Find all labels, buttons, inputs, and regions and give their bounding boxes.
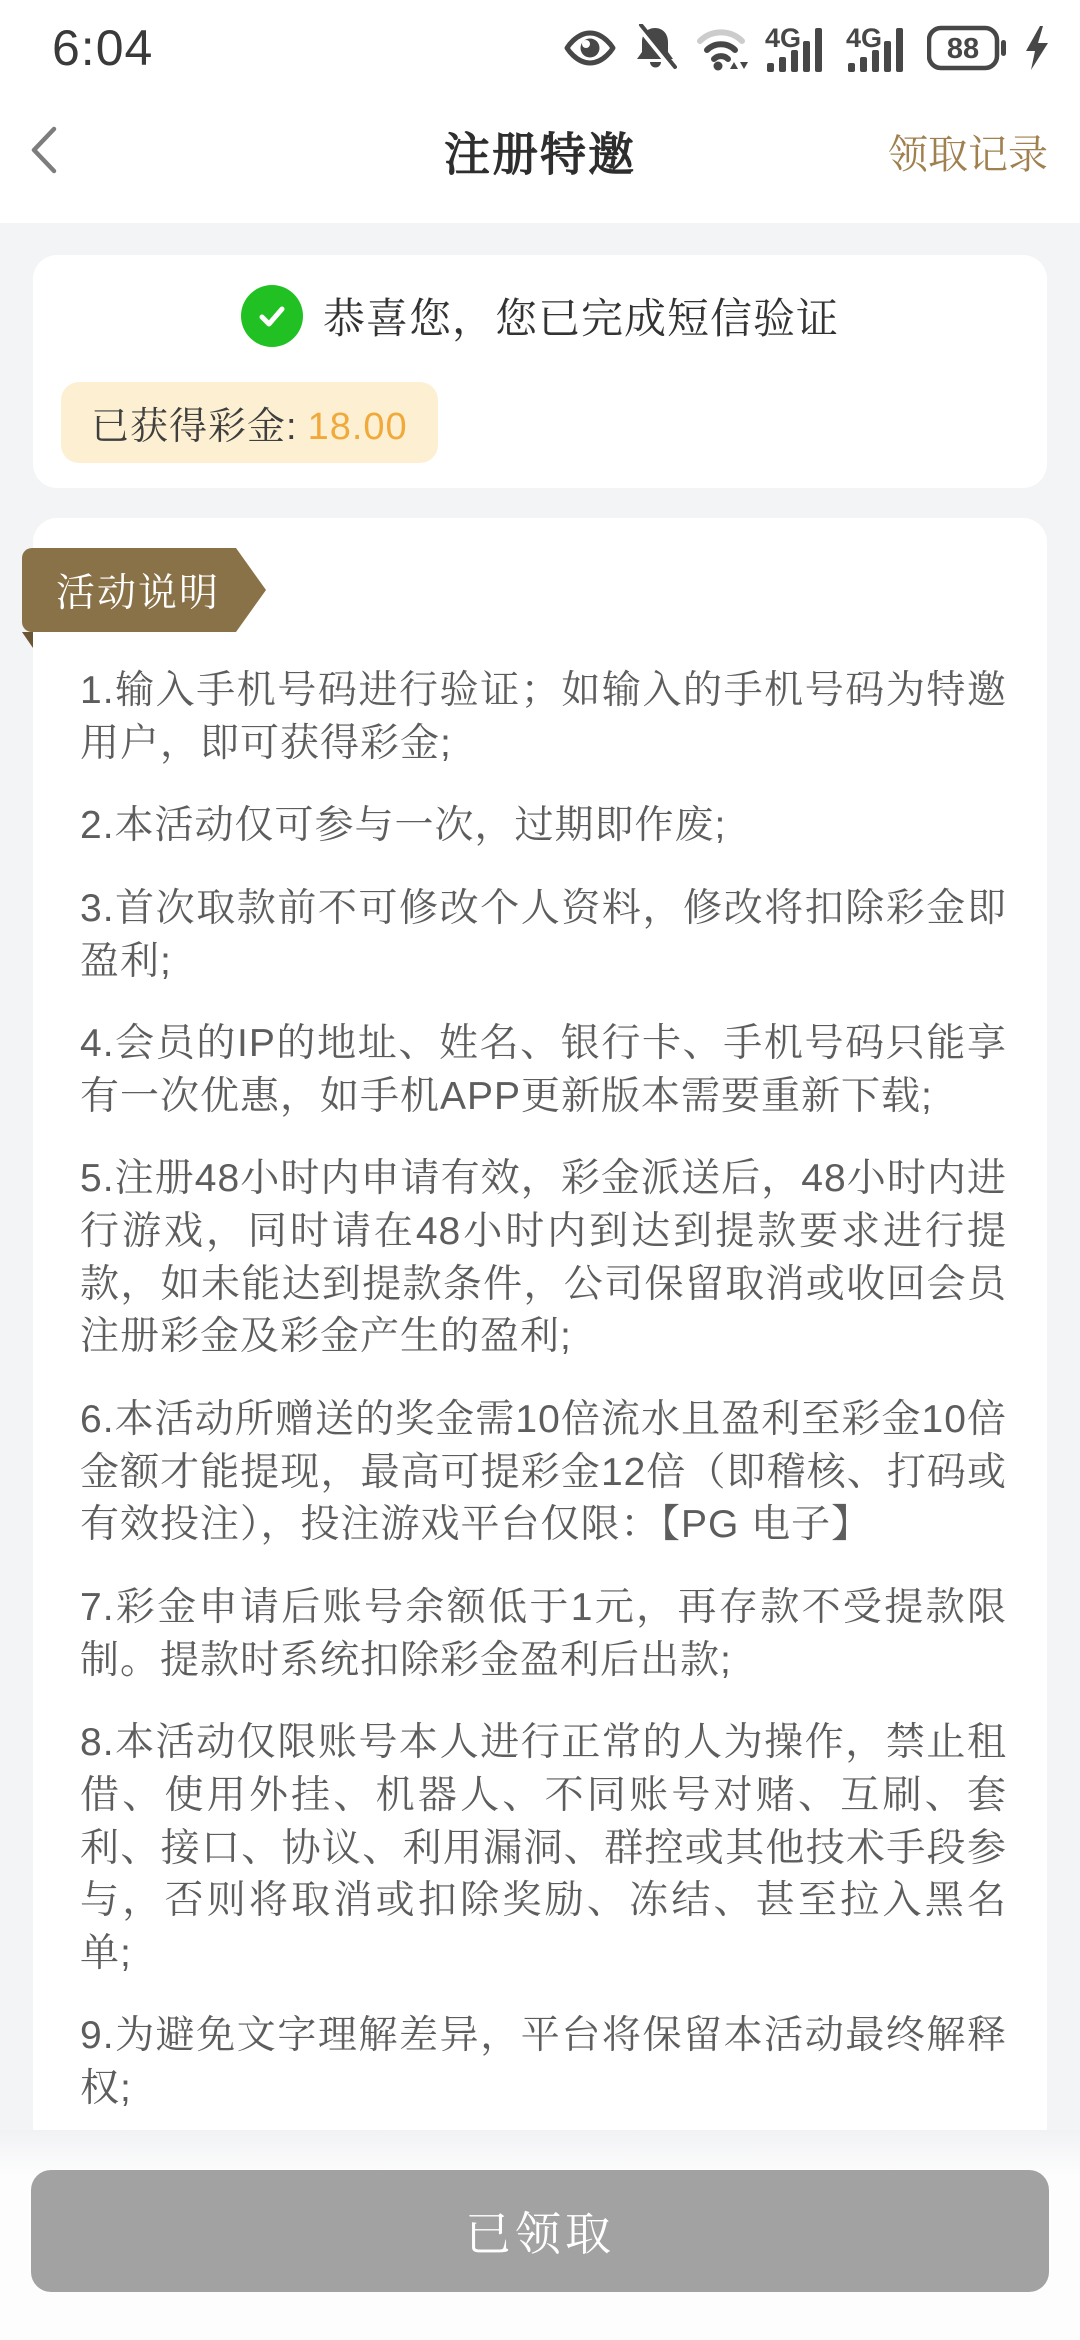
activity-rules-card: 活动说明 1.输入手机号码进行验证；如输入的手机号码为特邀用户，即可获得彩金;2… bbox=[33, 518, 1047, 2171]
rule-item: 3.首次取款前不可修改个人资料，修改将扣除彩金即盈利; bbox=[80, 883, 1007, 988]
4g-signal-icon-2: 4G bbox=[846, 23, 910, 73]
status-bar: 6:04 bbox=[0, 0, 1080, 90]
svg-text:4G: 4G bbox=[765, 23, 801, 53]
rule-item: 5.注册48小时内申请有效，彩金派送后，48小时内进行游戏，同时请在48小时内到… bbox=[80, 1153, 1007, 1364]
nav-bar: 注册特邀 领取记录 bbox=[0, 90, 1080, 223]
wifi-icon bbox=[694, 25, 748, 71]
verification-result-card: 恭喜您，您已完成短信验证 已获得彩金:18.00 bbox=[33, 255, 1047, 488]
success-message: 恭喜您，您已完成短信验证 bbox=[323, 286, 839, 346]
claim-history-link[interactable]: 领取记录 bbox=[888, 123, 1048, 180]
page-title: 注册特邀 bbox=[444, 118, 636, 184]
rule-item: 1.输入手机号码进行验证；如输入的手机号码为特邀用户，即可获得彩金; bbox=[80, 665, 1007, 770]
svg-text:4G: 4G bbox=[846, 23, 882, 53]
success-row: 恭喜您，您已完成短信验证 bbox=[61, 285, 1019, 347]
chevron-left-icon bbox=[28, 124, 58, 179]
claimed-button[interactable]: 已领取 bbox=[31, 2170, 1049, 2292]
page-content: 恭喜您，您已完成短信验证 已获得彩金:18.00 活动说明 1.输入手机号码进行… bbox=[0, 223, 1080, 2340]
ribbon-fold bbox=[22, 632, 33, 648]
activity-ribbon: 活动说明 bbox=[22, 548, 266, 632]
4g-signal-icon: 4G bbox=[765, 23, 829, 73]
bonus-value: 18.00 bbox=[308, 406, 408, 448]
clock-time: 6:04 bbox=[52, 19, 153, 77]
rule-item: 8.本活动仅限账号本人进行正常的人为操作，禁止租借、使用外挂、机器人、不同账号对… bbox=[80, 1717, 1007, 1980]
bonus-label: 已获得彩金: bbox=[91, 406, 298, 448]
footer-bar: 已领取 bbox=[0, 2130, 1080, 2340]
rule-item: 4.会员的IP的地址、姓名、银行卡、手机号码只能享有一次优惠，如手机APP更新版… bbox=[80, 1018, 1007, 1123]
rule-item: 6.本活动所赠送的奖金需10倍流水且盈利至彩金10倍金额才能提现，最高可提彩金1… bbox=[80, 1394, 1007, 1552]
rule-item: 9.为避免文字理解差异，平台将保留本活动最终解释权; bbox=[80, 2010, 1007, 2115]
rule-item: 7.彩金申请后账号余额低于1元，再存款不受提款限制。提款时系统扣除彩金盈利后出款… bbox=[80, 1582, 1007, 1687]
rule-item: 2.本活动仅可参与一次，过期即作废; bbox=[80, 800, 1007, 853]
battery-icon: 88 bbox=[927, 25, 1007, 71]
charging-bolt-icon bbox=[1024, 25, 1050, 71]
bonus-pill: 已获得彩金:18.00 bbox=[61, 382, 438, 463]
check-circle-icon bbox=[241, 285, 303, 347]
notifications-off-icon bbox=[633, 24, 677, 72]
back-button[interactable] bbox=[28, 117, 98, 187]
battery-level-text: 88 bbox=[947, 33, 979, 65]
ribbon-title: 活动说明 bbox=[56, 562, 220, 618]
eye-protection-icon bbox=[564, 30, 616, 66]
rules-list: 1.输入手机号码进行验证；如输入的手机号码为特邀用户，即可获得彩金;2.本活动仅… bbox=[80, 665, 1007, 2116]
status-icons: 4G 4G 88 bbox=[564, 23, 1050, 73]
